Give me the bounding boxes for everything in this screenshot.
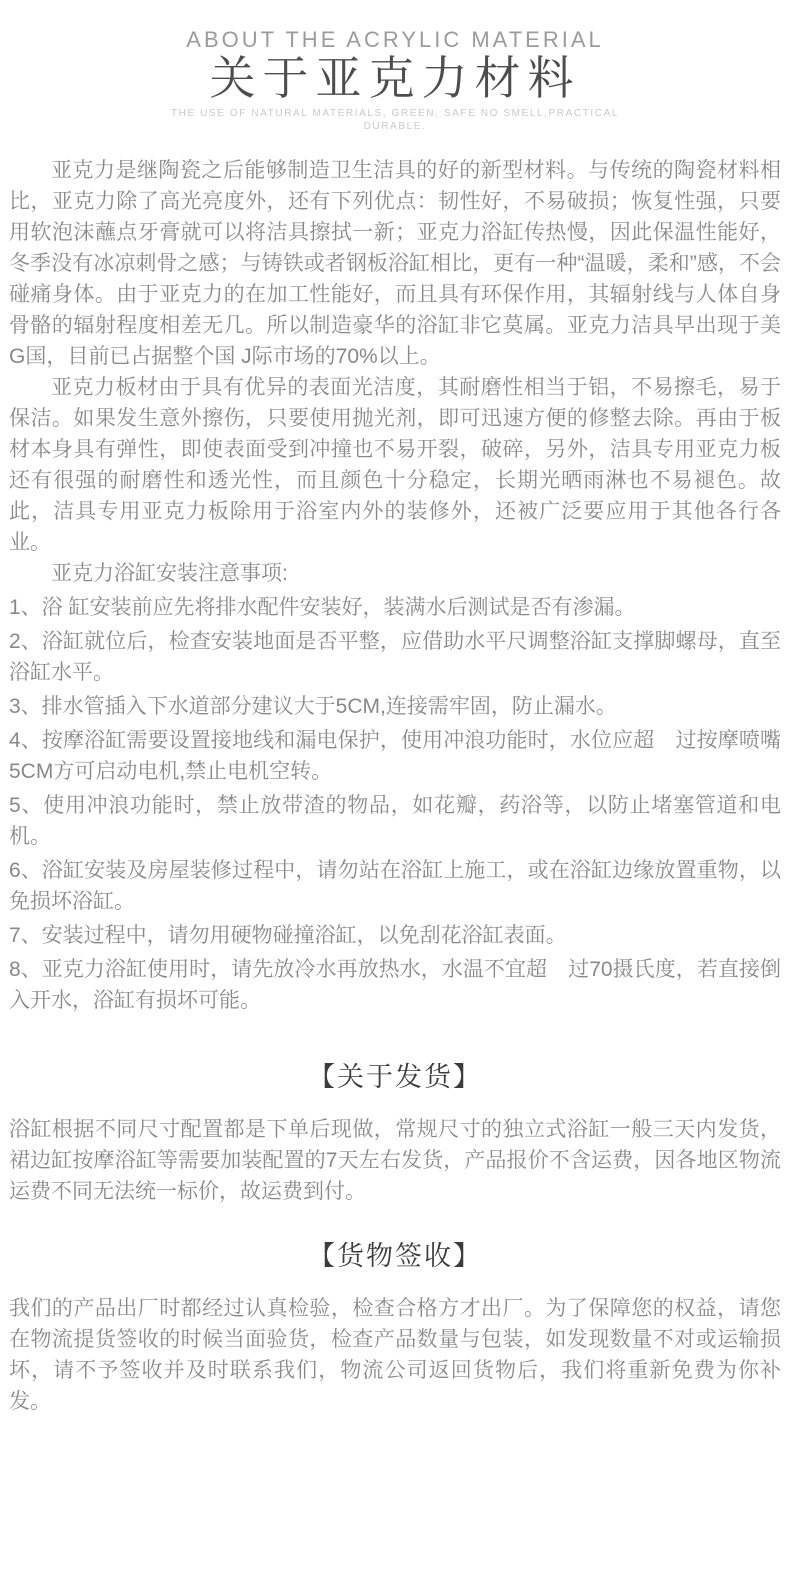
receiving-section-heading: 【货物签收】 [9, 1241, 781, 1271]
install-note-item-3: 3、排水管插入下水道部分建议大于5CM,连接需牢固，防止漏水。 [9, 691, 781, 722]
install-note-item-5: 5、使用冲浪功能时，禁止放带渣的物品，如花瓣，药浴等，以防止堵塞管道和电机。 [9, 790, 781, 852]
intro-paragraph-1: 亚克力是继陶瓷之后能够制造卫生洁具的好的新型材料。与传统的陶瓷材料相比，亚克力除… [9, 155, 781, 372]
install-note-item-8: 8、亚克力浴缸使用时，请先放冷水再放热水，水温不宜超 过70摄氏度，若直接倒入开… [9, 954, 781, 1016]
install-note-item-7: 7、安装过程中，请勿用硬物碰撞浴缸，以免刮花浴缸表面。 [9, 920, 781, 951]
body-content: 亚克力是继陶瓷之后能够制造卫生洁具的好的新型材料。与传统的陶瓷材料相比，亚克力除… [0, 155, 790, 1417]
install-notes-list: 1、浴 缸安装前应先将排水配件安装好，装满水后测试是否有渗漏。 2、浴缸就位后，… [9, 592, 781, 1016]
install-notes-heading: 亚克力浴缸安装注意事项: [9, 558, 781, 589]
product-description-page: ABOUT THE ACRYLIC MATERIAL 关于亚克力材料 THE U… [0, 0, 790, 1417]
intro-paragraph-2: 亚克力板材由于具有优异的表面光洁度，其耐磨性相当于铝，不易擦毛，易于保洁。如果发… [9, 372, 781, 558]
header-subtitle: THE USE OF NATURAL MATERIALS, GREEN, SAF… [168, 107, 623, 133]
install-note-item-6: 6、浴缸安装及房屋装修过程中，请勿站在浴缸上施工，或在浴缸边缘放置重物，以免损坏… [9, 855, 781, 917]
install-note-item-1: 1、浴 缸安装前应先将排水配件安装好，装满水后测试是否有渗漏。 [9, 592, 781, 623]
header-title-english: ABOUT THE ACRYLIC MATERIAL [0, 28, 790, 52]
install-note-item-4: 4、按摩浴缸需要设置接地线和漏电保护，使用冲浪功能时，水位应超 过按摩喷嘴5CM… [9, 725, 781, 787]
shipping-section-heading: 【关于发货】 [9, 1062, 781, 1092]
page-title: 关于亚克力材料 [0, 53, 790, 103]
shipping-section-body: 浴缸根据不同尺寸配置都是下单后现做，常规尺寸的独立式浴缸一般三天内发货，裙边缸按… [9, 1114, 781, 1207]
page-header: ABOUT THE ACRYLIC MATERIAL 关于亚克力材料 THE U… [0, 0, 790, 133]
receiving-section-body: 我们的产品出厂时都经过认真检验，检查合格方才出厂。为了保障您的权益，请您在物流提… [9, 1293, 781, 1417]
install-note-item-2: 2、浴缸就位后，检查安装地面是否平整，应借助水平尺调整浴缸支撑脚螺母，直至浴缸水… [9, 626, 781, 688]
